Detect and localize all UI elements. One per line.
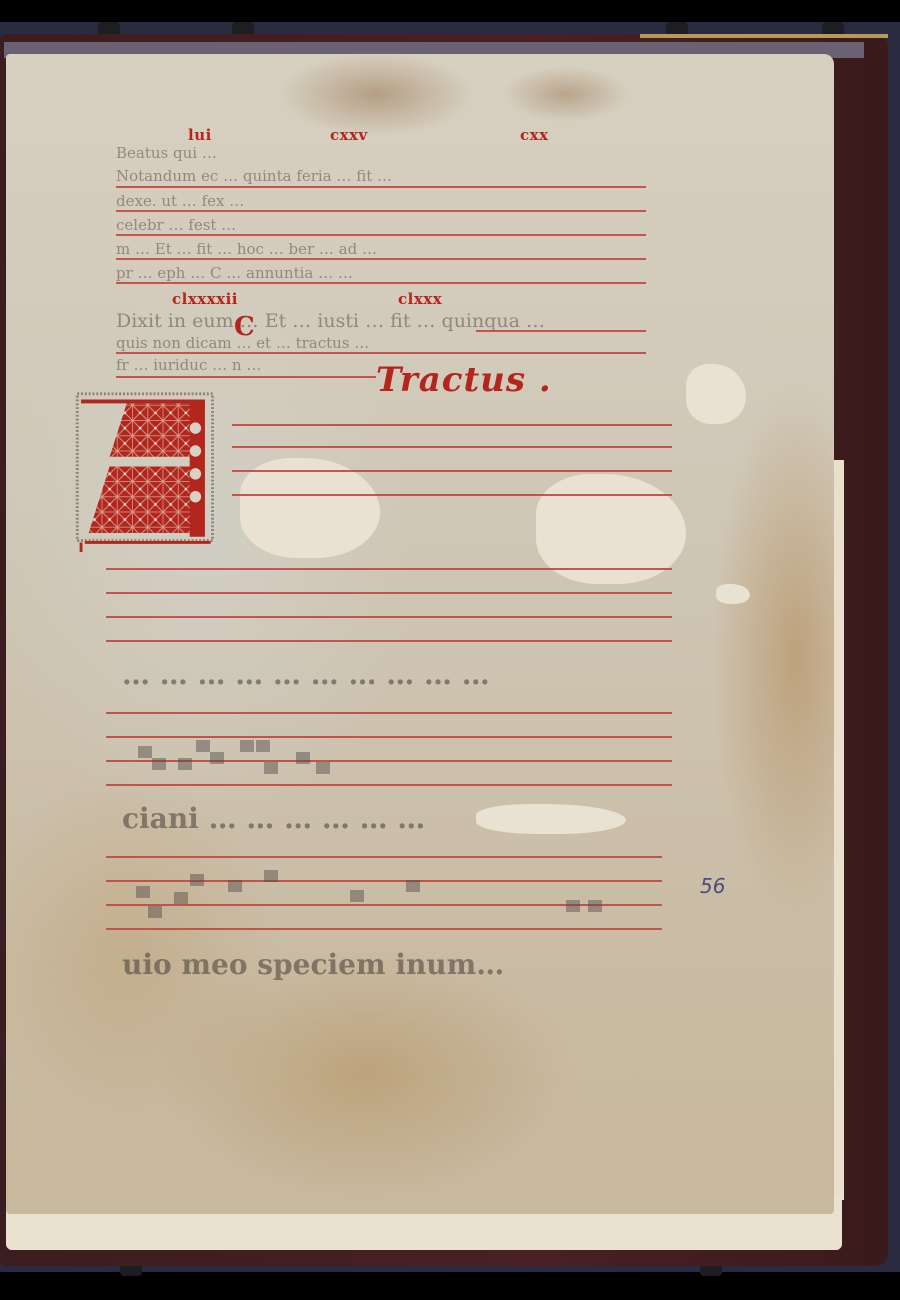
staff-line [106, 856, 662, 858]
ruling-line [476, 330, 646, 332]
manuscript-page: lui cxxv cxx Beatus qui … Notandum ec … … [6, 54, 834, 1214]
ruling-line [116, 376, 376, 378]
rubric-cxx: cxx [520, 126, 549, 144]
rubric-clxxx: clxxx [398, 290, 442, 308]
neume [406, 880, 420, 892]
text-line: dexe. ut … fex … [116, 192, 656, 210]
lyric-line: … … … … … … … … … … [122, 658, 490, 691]
staff-line [232, 470, 672, 472]
staff-line [106, 928, 662, 930]
folio-number: 56 [700, 874, 725, 898]
neume [178, 758, 192, 770]
text-line: Notandum ec … quinta feria … fit … [116, 167, 656, 185]
rubric-lui: lui [188, 126, 212, 144]
section-heading-tractus: Tractus . [376, 360, 552, 400]
neume [228, 880, 242, 892]
ruling-line [116, 234, 646, 236]
ruling-line [116, 210, 646, 212]
ruling-line [116, 352, 646, 354]
parchment-loss [240, 458, 380, 558]
staff-line [232, 424, 672, 426]
staff-line [106, 712, 672, 714]
neume [152, 758, 166, 770]
text-line: quis non dicam … et … tractus … [116, 334, 656, 352]
staff-line [232, 494, 672, 496]
staff-line [106, 592, 672, 594]
text-line: m … Et … fit … hoc … ber … ad … [116, 240, 656, 258]
neume [240, 740, 254, 752]
staff-line [106, 736, 672, 738]
decorated-initial-a [68, 390, 218, 552]
text-line: Dixit in eum … Et … iusti … fit … quinqu… [116, 310, 656, 332]
gilt-edge [640, 34, 888, 38]
staff-line [232, 446, 672, 448]
neume [210, 752, 224, 764]
parchment-loss [716, 584, 750, 604]
neume [196, 740, 210, 752]
text-line: pr … eph … C … annuntia … … [116, 264, 656, 282]
parchment-loss [686, 364, 746, 424]
neume [148, 906, 162, 918]
neume [296, 752, 310, 764]
neume [190, 874, 204, 886]
lyric-line: uio meo speciem inum… [122, 948, 504, 981]
parchment-loss [476, 804, 626, 834]
staff-line [106, 784, 672, 786]
staff-line [106, 568, 672, 570]
text-line: Beatus qui … [116, 144, 656, 162]
neume [138, 746, 152, 758]
neume [264, 762, 278, 774]
neume [174, 892, 188, 904]
ruling-line [116, 186, 646, 188]
rubric-cxxv: cxxv [330, 126, 368, 144]
ruling-line [116, 258, 646, 260]
staff-line [106, 616, 672, 618]
neume [350, 890, 364, 902]
neume [256, 740, 270, 752]
rubric-clxxxxii: clxxxxii [172, 290, 238, 308]
neume [588, 900, 602, 912]
neume [136, 886, 150, 898]
staff-line [106, 640, 672, 642]
lyric-line: ciani … … … … … … [122, 802, 425, 835]
neume [264, 870, 278, 882]
neume [316, 762, 330, 774]
text-line: celebr … fest … [116, 216, 656, 234]
ruling-line [116, 282, 646, 284]
neume [566, 900, 580, 912]
